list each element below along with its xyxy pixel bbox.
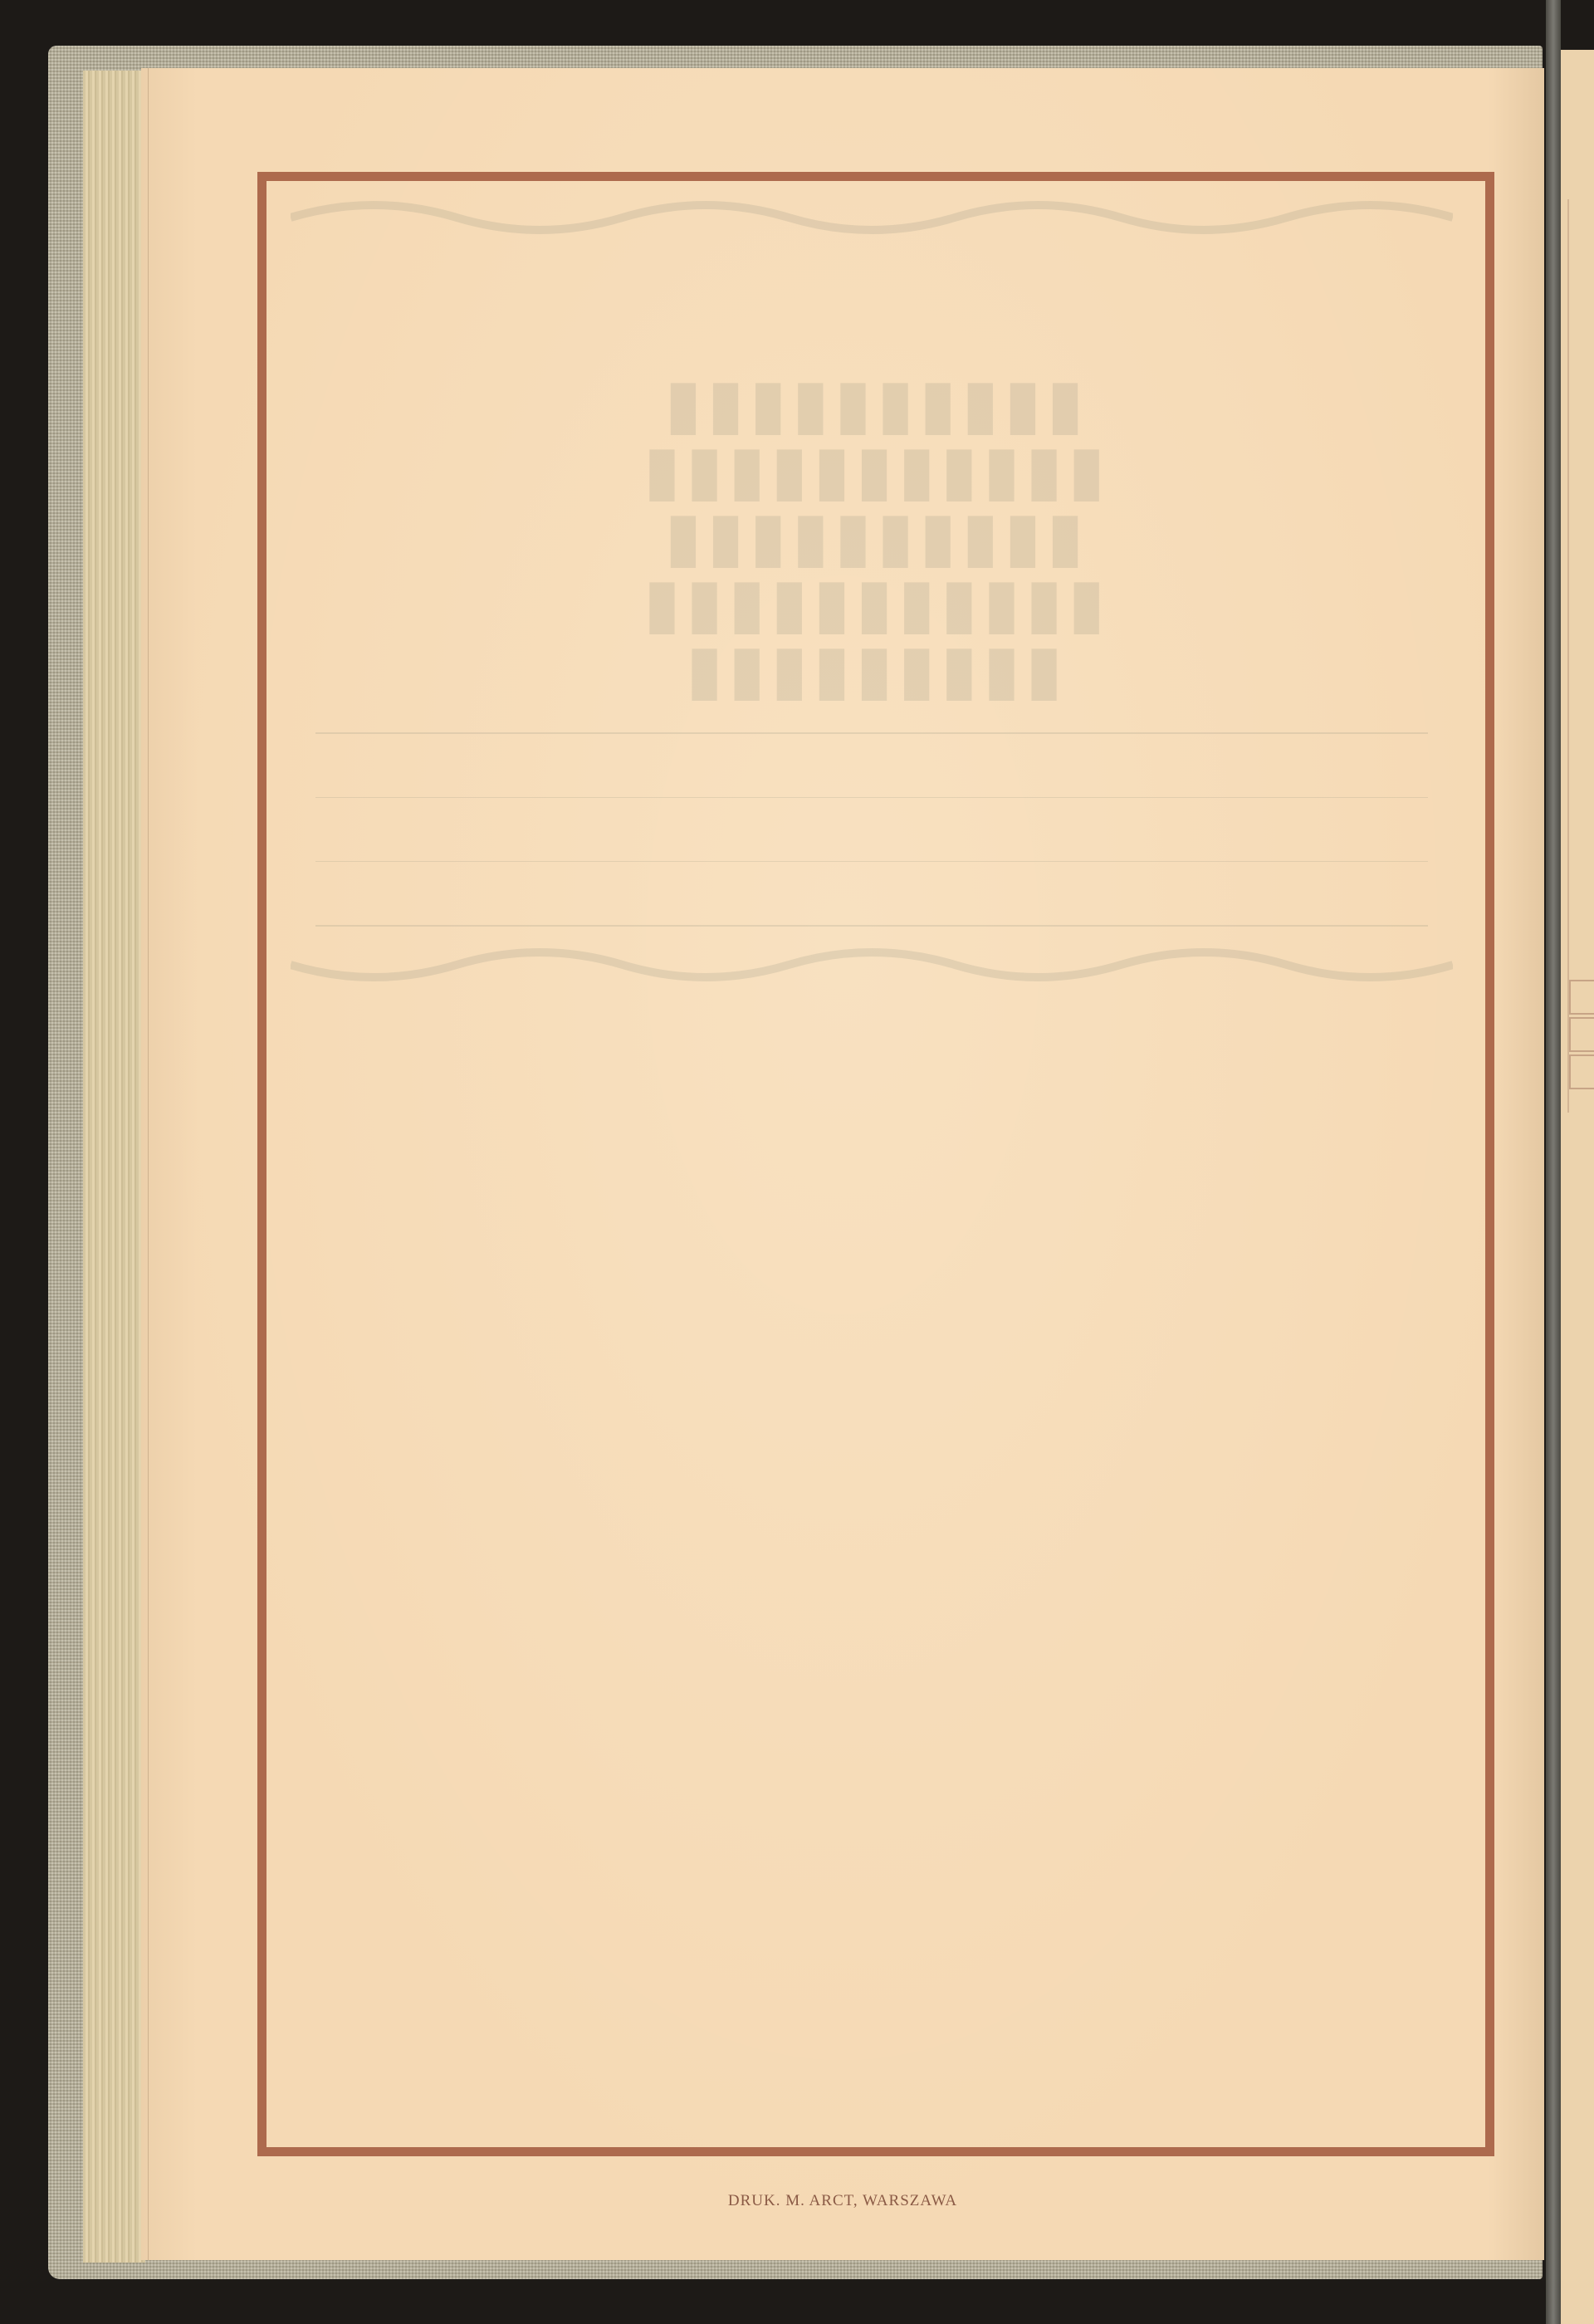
facing-page-ornament-icon [1567, 199, 1594, 1113]
facing-page-box [1569, 1017, 1594, 1052]
facing-page-sliver [1561, 50, 1594, 2324]
page-fold-line [148, 68, 149, 2260]
printed-border-frame [257, 172, 1494, 2156]
facing-page-box [1569, 980, 1594, 1015]
book-page: ▮▮▮▮▮▮▮▮▮▮ ▮▮▮▮▮▮▮▮▮▮▮ ▮▮▮▮▮▮▮▮▮▮ ▮▮▮▮▮▮… [141, 68, 1544, 2260]
facing-page-box [1569, 1054, 1594, 1089]
page-edges-stack [83, 71, 145, 2263]
printer-imprint: DRUK. M. ARCT, WARSZAWA [141, 2192, 1544, 2210]
book-gutter-shadow [1546, 0, 1561, 2324]
